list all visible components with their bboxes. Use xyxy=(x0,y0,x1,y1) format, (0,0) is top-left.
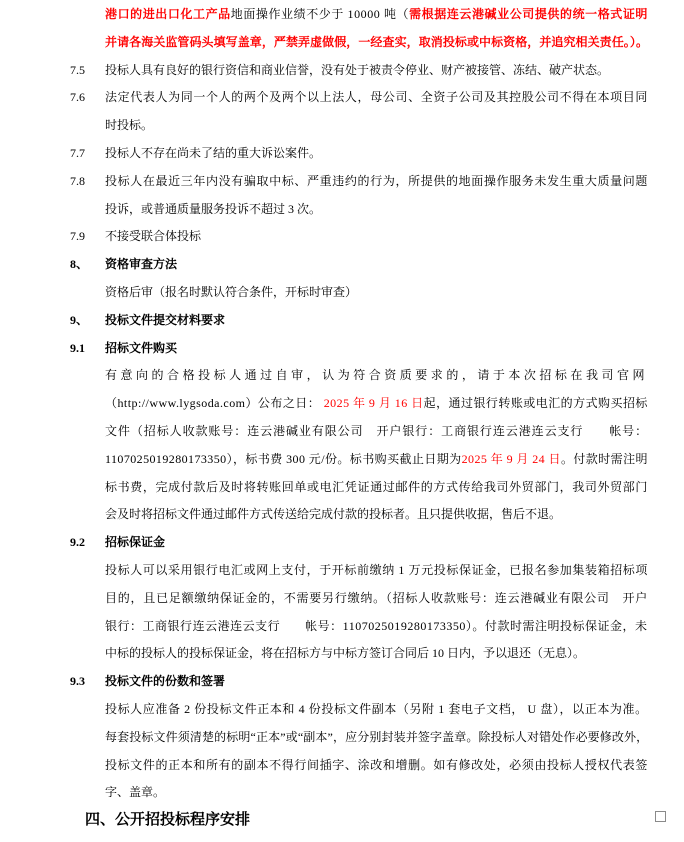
list-number: 7.8 xyxy=(70,168,85,196)
text-content: 会及时将招标文件通过邮件方式传送给完成付款的投标者。且只提供收据，售后不退。 xyxy=(105,501,561,529)
text-content: 每套投标文件须清楚的标明“正本”或“副本”，应分别封装并签字盖章。除投标人对错处… xyxy=(105,724,648,752)
list-number: 8、 xyxy=(70,251,88,279)
list-number: 9.2 xyxy=(70,529,85,557)
date-highlight: 2025 年 9 月 24 日 xyxy=(462,452,561,466)
text-segment: 投标人应准备 2 份投标文件正本和 4 份投标文件副本（另附 1 套电子文档， … xyxy=(105,702,648,716)
text-line: 目的，且已足额缴纳保证金的，不需要另行缴纳。（招标人收款账号：连云港碱业有限公司… xyxy=(0,585,684,613)
text-line: 文件（招标人收款账号：连云港碱业有限公司 开户银行：工商银行连云港连云支行 帐号… xyxy=(0,418,684,446)
text-line: 9.3投标文件的份数和签署 xyxy=(0,668,684,696)
text-segment: 投标文件的正本和所有的副本不得行间插字、涂改和增删。如有修改处，必须由投标人授权… xyxy=(105,758,648,772)
chapter-heading: 四、公开招投标程序安排 xyxy=(85,812,250,828)
text-segment: 会及时将招标文件通过邮件方式传送给完成付款的投标者。且只提供收据，售后不退。 xyxy=(105,507,561,521)
text-content: 投标人不存在尚未了结的重大诉讼案件。 xyxy=(105,140,321,168)
text-content: 四、公开招投标程序安排 xyxy=(85,807,250,835)
text-line: 银行：工商银行连云港连云支行 帐号：1107025019280173350）。付… xyxy=(0,613,684,641)
anchor-square-icon xyxy=(655,811,666,822)
warning-text: 并请各海关监管码头填写盖章，严禁弄虚做假，一经查实，取消投标或中标资格，并追究相… xyxy=(105,35,648,49)
text-segment: 中标的投标人的投标保证金，将在招标方与中标方签订合同后 10 日内，予以退还（无… xyxy=(105,646,585,660)
text-segment: 不接受联合体投标 xyxy=(105,229,201,243)
warning-text: 需根据连云港碱业公司提供的统一格式证明 xyxy=(409,7,648,21)
text-content: 招标文件购买 xyxy=(105,335,177,363)
text-segment: 每套投标文件须清楚的标明“正本”或“副本”，应分别封装并签字盖章。除投标人对错处… xyxy=(105,730,648,744)
text-segment: 目的，且已足额缴纳保证金的，不需要另行缴纳。（招标人收款账号：连云港碱业有限公司… xyxy=(105,591,648,605)
section-heading: 投标文件提交材料要求 xyxy=(105,313,225,327)
text-segment: 投标人可以采用银行电汇或网上支付，于开标前缴纳 1 万元投标保证金，已报名参加集… xyxy=(105,563,648,577)
text-content: 投标文件的正本和所有的副本不得行间插字、涂改和增删。如有修改处，必须由投标人授权… xyxy=(105,752,648,780)
text-content: 投标人具有良好的银行资信和商业信誉，没有处于被责令停业、财产被接管、冻结、破产状… xyxy=(105,57,609,85)
text-content: 银行：工商银行连云港连云支行 帐号：1107025019280173350）。付… xyxy=(105,613,648,641)
text-line: 并请各海关监管码头填写盖章，严禁弄虚做假，一经查实，取消投标或中标资格，并追究相… xyxy=(0,29,684,57)
text-content: 投标文件提交材料要求 xyxy=(105,307,225,335)
text-segment: 投诉，或普通质量服务投诉不超过 3 次。 xyxy=(105,202,321,216)
text-segment: 时投标。 xyxy=(105,118,153,132)
text-content: 不接受联合体投标 xyxy=(105,223,201,251)
text-line: 9、投标文件提交材料要求 xyxy=(0,307,684,335)
text-segment: 起，通过银行转账或电汇的方式购买招标 xyxy=(424,396,648,410)
text-content: 目的，且已足额缴纳保证金的，不需要另行缴纳。（招标人收款账号：连云港碱业有限公司… xyxy=(105,585,648,613)
text-content: 资格审查方法 xyxy=(105,251,177,279)
text-line: 会及时将招标文件通过邮件方式传送给完成付款的投标者。且只提供收据，售后不退。 xyxy=(0,501,684,529)
text-line: 投标文件的正本和所有的副本不得行间插字、涂改和增删。如有修改处，必须由投标人授权… xyxy=(0,752,684,780)
text-line: 7.7投标人不存在尚未了结的重大诉讼案件。 xyxy=(0,140,684,168)
text-line: 9.1招标文件购买 xyxy=(0,335,684,363)
url-text: （http://www.lygsoda.com）公布之日： xyxy=(105,396,324,410)
text-line: （http://www.lygsoda.com）公布之日： 2025 年 9 月… xyxy=(0,390,684,418)
text-content: 资格后审（报名时默认符合条件，开标时审查） xyxy=(105,279,357,307)
list-number: 9.1 xyxy=(70,335,85,363)
text-content: 1107025019280173350），标书费 300 元/份。标书购买截止日… xyxy=(105,446,648,474)
document-page: 港口的进出口化工产品地面操作业绩不少于 10000 吨（需根据连云港碱业公司提供… xyxy=(0,0,684,842)
document-body: 港口的进出口化工产品地面操作业绩不少于 10000 吨（需根据连云港碱业公司提供… xyxy=(0,1,684,835)
section-heading: 资格审查方法 xyxy=(105,257,177,271)
section-heading: 招标保证金 xyxy=(105,535,165,549)
text-segment: 文件（招标人收款账号：连云港碱业有限公司 开户银行：工商银行连云港连云支行 帐号… xyxy=(105,424,648,438)
list-number: 9、 xyxy=(70,307,88,335)
text-content: 投标人可以采用银行电汇或网上支付，于开标前缴纳 1 万元投标保证金，已报名参加集… xyxy=(105,557,648,585)
text-line: 有意向的合格投标人通过自审，认为符合资质要求的，请于本次招标在我司官网 xyxy=(0,362,684,390)
text-segment: 投标人在最近三年内没有骗取中标、严重违约的行为，所提供的地面操作服务未发生重大质… xyxy=(105,174,648,188)
text-content: 标书费，完成付款后及时将转账回单或电汇凭证通过邮件的方式传给我司外贸部门，我司外… xyxy=(105,474,648,502)
text-segment: 资格后审（报名时默认符合条件，开标时审查） xyxy=(105,285,357,299)
list-number: 7.5 xyxy=(70,57,85,85)
text-segment: 地面操作业绩不少于 10000 吨（ xyxy=(231,7,409,21)
text-line: 投标人可以采用银行电汇或网上支付，于开标前缴纳 1 万元投标保证金，已报名参加集… xyxy=(0,557,684,585)
list-number: 7.7 xyxy=(70,140,85,168)
text-line: 四、公开招投标程序安排 xyxy=(0,807,684,835)
text-line: 标书费，完成付款后及时将转账回单或电汇凭证通过邮件的方式传给我司外贸部门，我司外… xyxy=(0,474,684,502)
section-heading: 招标文件购买 xyxy=(105,341,177,355)
text-segment: 字、盖章。 xyxy=(105,785,165,799)
text-line: 每套投标文件须清楚的标明“正本”或“副本”，应分别封装并签字盖章。除投标人对错处… xyxy=(0,724,684,752)
text-segment: 1107025019280173350），标书费 300 元/份。标书购买截止日… xyxy=(105,452,462,466)
text-segment: 法定代表人为同一个人的两个及两个以上法人，母公司、全资子公司及其控股公司不得在本… xyxy=(105,90,648,104)
text-line: 港口的进出口化工产品地面操作业绩不少于 10000 吨（需根据连云港碱业公司提供… xyxy=(0,1,684,29)
text-line: 资格后审（报名时默认符合条件，开标时审查） xyxy=(0,279,684,307)
text-content: 有意向的合格投标人通过自审，认为符合资质要求的，请于本次招标在我司官网 xyxy=(105,362,648,390)
text-line: 字、盖章。 xyxy=(0,779,684,807)
text-line: 中标的投标人的投标保证金，将在招标方与中标方签订合同后 10 日内，予以退还（无… xyxy=(0,640,684,668)
text-segment: 银行：工商银行连云港连云支行 帐号：1107025019280173350）。付… xyxy=(105,619,648,633)
text-line: 投标人应准备 2 份投标文件正本和 4 份投标文件副本（另附 1 套电子文档， … xyxy=(0,696,684,724)
text-content: 投标人在最近三年内没有骗取中标、严重违约的行为，所提供的地面操作服务未发生重大质… xyxy=(105,168,648,196)
text-segment: 有意向的合格投标人通过自审，认为符合资质要求的，请于本次招标在我司官网 xyxy=(105,368,648,382)
section-heading: 投标文件的份数和签署 xyxy=(105,674,225,688)
text-segment: 投标人不存在尚未了结的重大诉讼案件。 xyxy=(105,146,321,160)
text-content: 投标文件的份数和签署 xyxy=(105,668,225,696)
text-content: （http://www.lygsoda.com）公布之日： 2025 年 9 月… xyxy=(105,390,648,418)
text-content: 港口的进出口化工产品地面操作业绩不少于 10000 吨（需根据连云港碱业公司提供… xyxy=(105,1,648,29)
text-content: 并请各海关监管码头填写盖章，严禁弄虚做假，一经查实，取消投标或中标资格，并追究相… xyxy=(105,29,648,57)
text-content: 投诉，或普通质量服务投诉不超过 3 次。 xyxy=(105,196,321,224)
list-number: 7.9 xyxy=(70,223,85,251)
text-content: 字、盖章。 xyxy=(105,779,165,807)
text-segment: 。付款时需注明 xyxy=(561,452,648,466)
text-segment: 标书费，完成付款后及时将转账回单或电汇凭证通过邮件的方式传给我司外贸部门，我司外… xyxy=(105,480,648,494)
text-segment: 投标人具有良好的银行资信和商业信誉，没有处于被责令停业、财产被接管、冻结、破产状… xyxy=(105,63,609,77)
text-line: 1107025019280173350），标书费 300 元/份。标书购买截止日… xyxy=(0,446,684,474)
text-content: 投标人应准备 2 份投标文件正本和 4 份投标文件副本（另附 1 套电子文档， … xyxy=(105,696,648,724)
text-line: 时投标。 xyxy=(0,112,684,140)
text-line: 9.2招标保证金 xyxy=(0,529,684,557)
date-highlight: 2025 年 9 月 16 日 xyxy=(324,396,424,410)
warning-text: 港口的进出口化工产品 xyxy=(105,7,231,21)
text-line: 投诉，或普通质量服务投诉不超过 3 次。 xyxy=(0,196,684,224)
text-line: 7.9不接受联合体投标 xyxy=(0,223,684,251)
list-number: 9.3 xyxy=(70,668,85,696)
list-number: 7.6 xyxy=(70,84,85,112)
text-content: 法定代表人为同一个人的两个及两个以上法人，母公司、全资子公司及其控股公司不得在本… xyxy=(105,84,648,112)
text-line: 7.8投标人在最近三年内没有骗取中标、严重违约的行为，所提供的地面操作服务未发生… xyxy=(0,168,684,196)
text-content: 中标的投标人的投标保证金，将在招标方与中标方签订合同后 10 日内，予以退还（无… xyxy=(105,640,585,668)
text-line: 8、资格审查方法 xyxy=(0,251,684,279)
text-line: 7.5投标人具有良好的银行资信和商业信誉，没有处于被责令停业、财产被接管、冻结、… xyxy=(0,57,684,85)
text-content: 文件（招标人收款账号：连云港碱业有限公司 开户银行：工商银行连云港连云支行 帐号… xyxy=(105,418,648,446)
text-content: 时投标。 xyxy=(105,112,153,140)
text-line: 7.6法定代表人为同一个人的两个及两个以上法人，母公司、全资子公司及其控股公司不… xyxy=(0,84,684,112)
text-content: 招标保证金 xyxy=(105,529,165,557)
